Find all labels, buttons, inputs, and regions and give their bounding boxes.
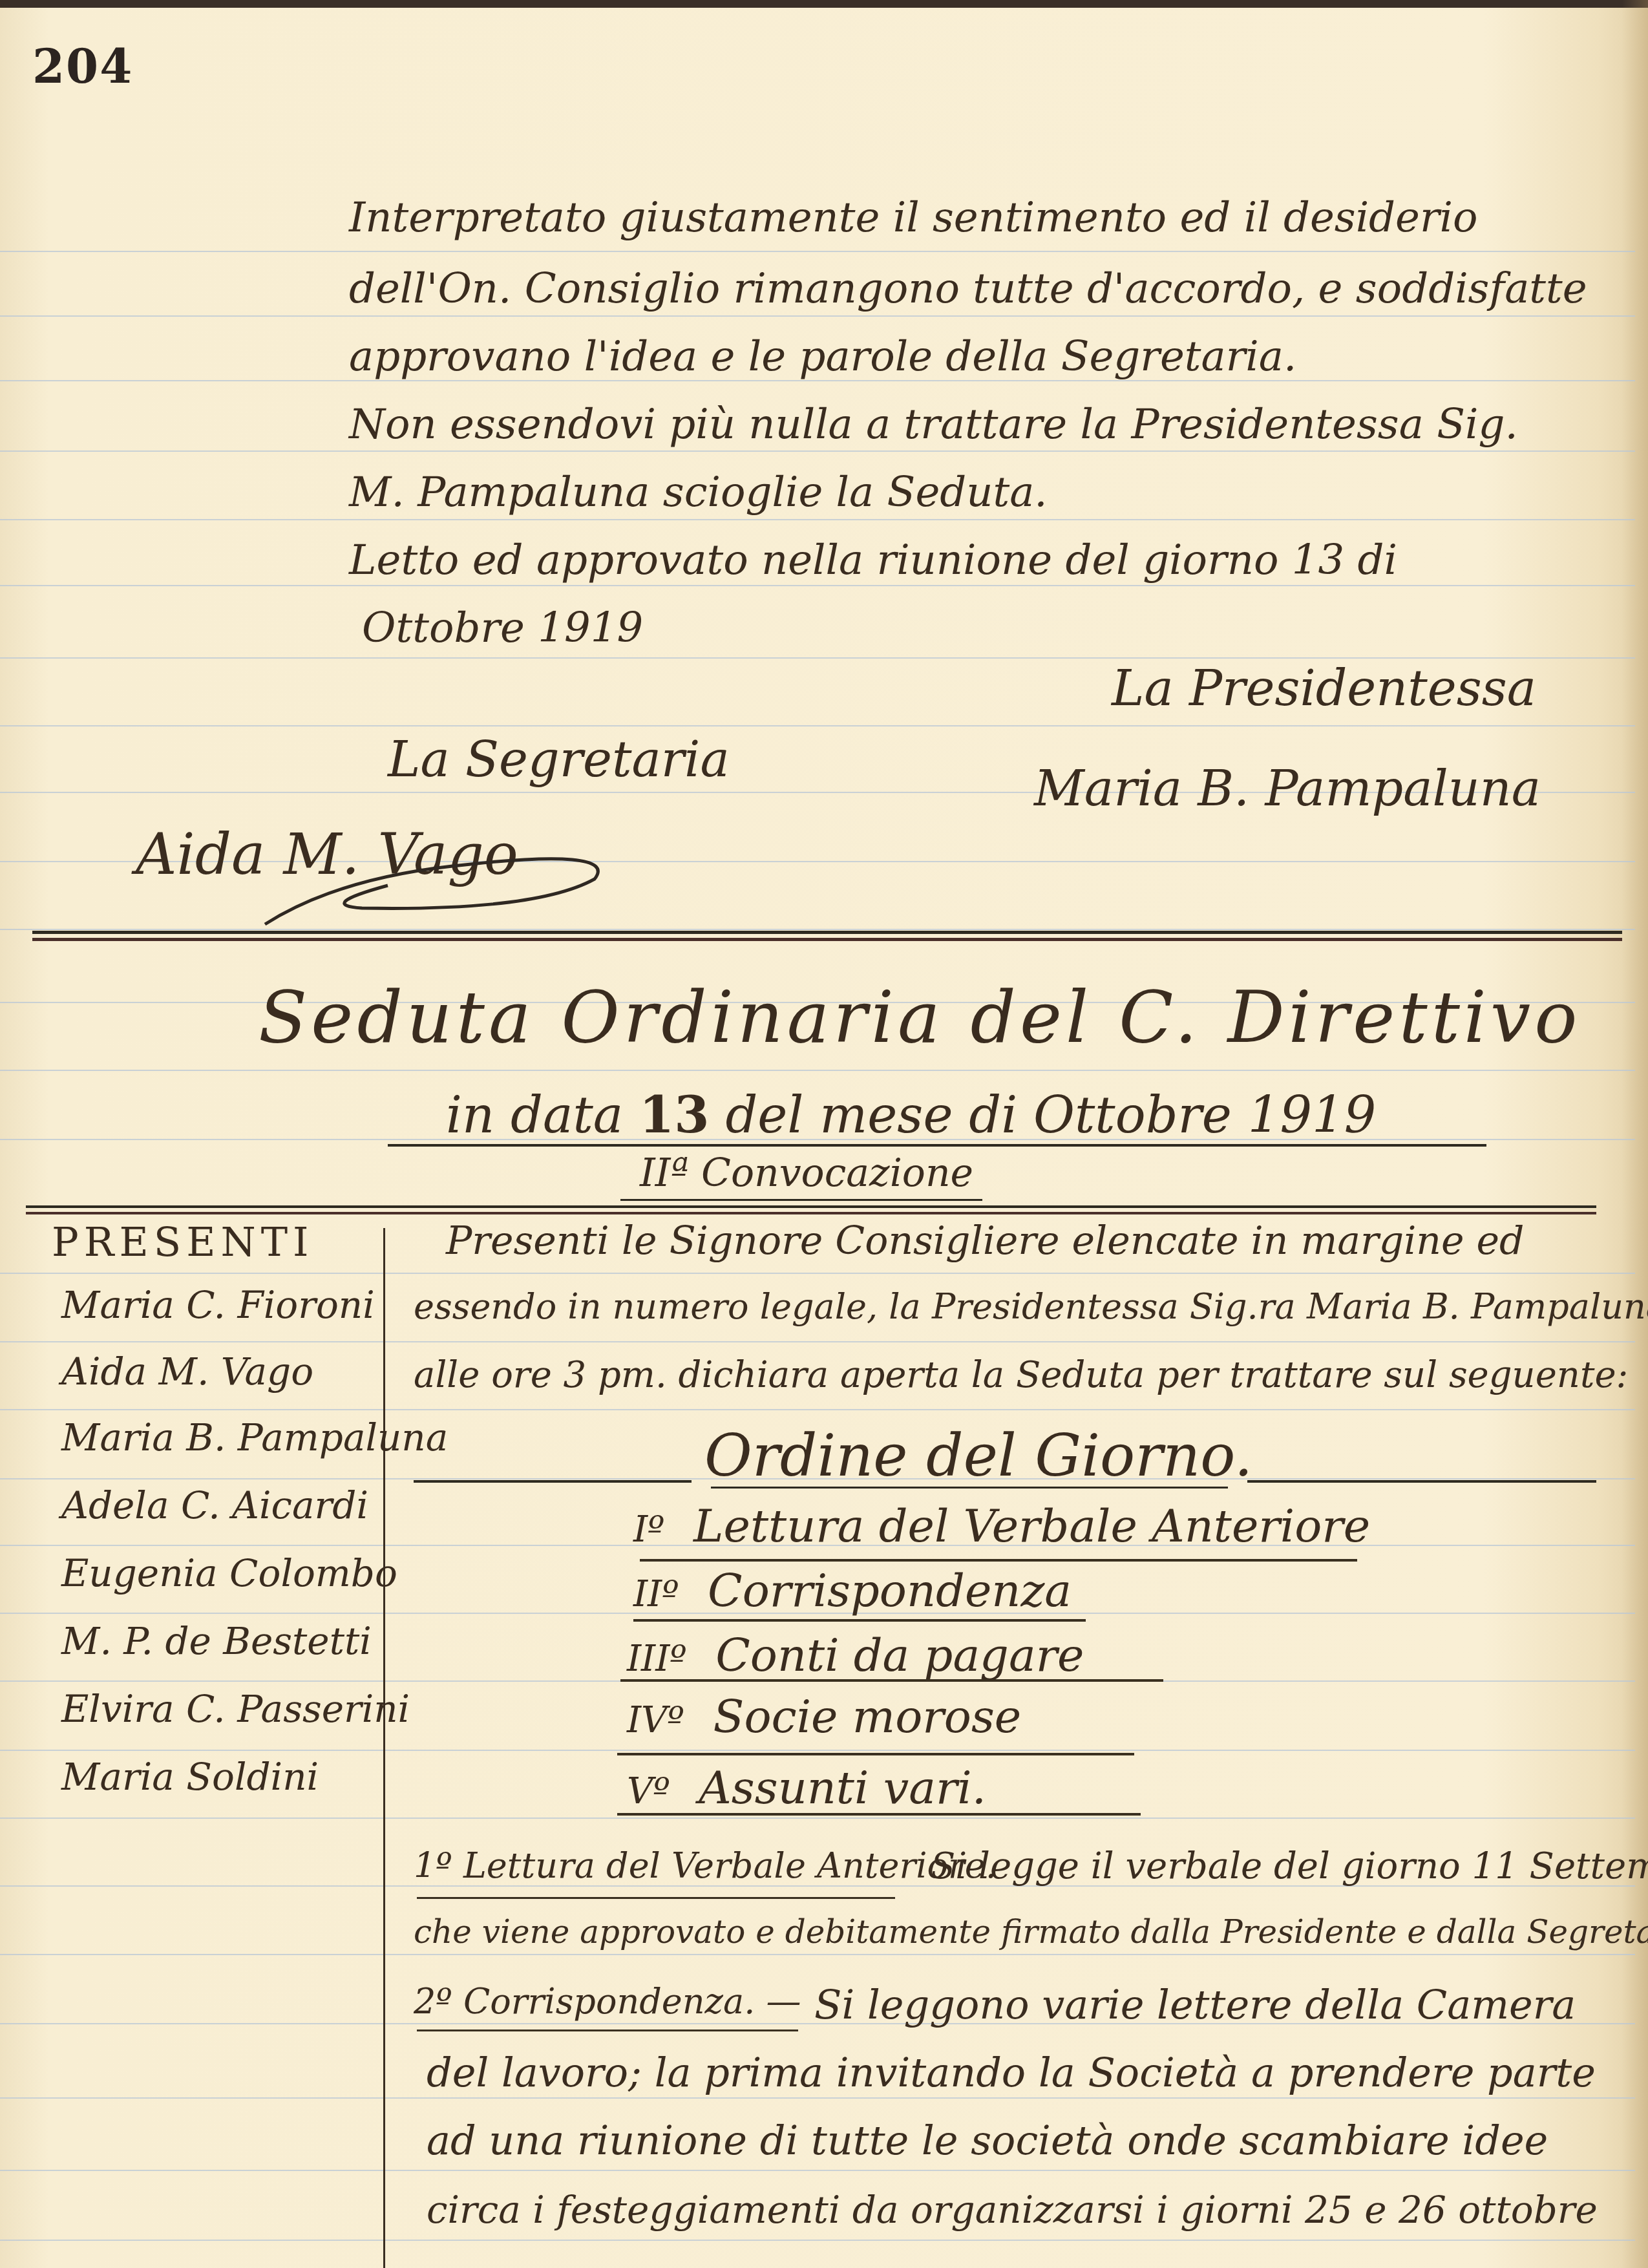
agenda-heading-underline [711, 1487, 1228, 1489]
item1-text: Si legge il verbale del giorno 11 Settem… [931, 1845, 1648, 1887]
opening-line: alle ore 3 pm. dichiara aperta la Seduta… [414, 1354, 1628, 1396]
meeting-date-line: in data 13 del mese di Ottobre 1919 [446, 1086, 1376, 1145]
item2-text: ad una riunione di tutte le società onde… [427, 2117, 1548, 2164]
president-label: La Presidentessa [1112, 659, 1536, 717]
signature-flourish [259, 840, 659, 931]
agenda-item: Vº Assunti vari. [627, 1761, 986, 1814]
item2-text: Si leggono varie lettere della Camera [814, 1981, 1576, 2028]
attendee: Eugenia Colombo [61, 1551, 397, 1595]
section-divider [32, 931, 1622, 941]
attendee: Maria B. Pampaluna [61, 1415, 448, 1459]
agenda-item: IIº Corrispondenza [633, 1564, 1072, 1617]
date-middle: del mese di [725, 1086, 1017, 1145]
opening-line: essendo in numero legale, la Presidentes… [414, 1286, 1648, 1327]
date-month: Ottobre [1033, 1086, 1232, 1145]
attendee: Maria Soldini [61, 1755, 319, 1799]
date-prefix: in data [446, 1086, 623, 1145]
approval-line: Letto ed approvato nella riunione del gi… [349, 536, 1397, 584]
agenda-item: IIIº Conti da pagare [627, 1629, 1084, 1682]
attendees-heading: PRESENTI [52, 1218, 313, 1266]
margin-column-line [383, 1228, 385, 2268]
attendee: Aida M. Vago [61, 1350, 313, 1394]
president-signature: Maria B. Pampaluna [1034, 759, 1541, 817]
minutes-line: Interpretato giustamente il sentimento e… [349, 194, 1478, 242]
item2-text: circa i festeggiamenti da organizzarsi i… [427, 2188, 1598, 2232]
item2-heading: 2º Corrispondenza. — [414, 1981, 801, 2022]
item2-text: del lavoro; la prima invitando la Societ… [427, 2049, 1596, 2096]
agenda-item: IVº Socie morose [627, 1690, 1021, 1743]
approval-date: Ottobre 1919 [362, 604, 643, 652]
opening-line: Presenti le Signore Consigliere elencate… [446, 1218, 1525, 1264]
attendee: Maria C. Fioroni [61, 1283, 375, 1327]
attendee: M. P. de Bestetti [61, 1619, 372, 1663]
agenda-rule-left [414, 1480, 692, 1483]
attendee: Adela C. Aicardi [61, 1483, 368, 1527]
page-number: 204 [32, 39, 133, 94]
attendance-divider [26, 1205, 1596, 1214]
secretary-label: La Segretaria [388, 730, 730, 788]
item1-heading: 1º Lettura del Verbale Anteriore. [414, 1845, 997, 1886]
ledger-page: 204 Interpretato giustamente il sentimen… [0, 0, 1648, 2268]
attendee: Elvira C. Passerini [61, 1687, 410, 1731]
agenda-heading: Ordine del Giorno. [704, 1422, 1252, 1490]
convocation-underline [620, 1199, 982, 1201]
minutes-line: M. Pampaluna scioglie la Seduta. [349, 469, 1048, 516]
minutes-line: dell'On. Consiglio rimangono tutte d'acc… [349, 265, 1587, 313]
date-year: 1919 [1248, 1086, 1377, 1145]
meeting-title: Seduta Ordinaria del C. Direttivo [259, 976, 1581, 1059]
minutes-line: Non essendovi più nulla a trattare la Pr… [349, 401, 1518, 449]
minutes-line: approvano l'idea e le parole della Segre… [349, 333, 1296, 381]
item1-text: che viene approvato e debitamente firmat… [414, 1913, 1648, 1951]
convocation-label: IIª Convocazione [640, 1150, 973, 1196]
agenda-item: Iº Lettura del Verbale Anteriore [633, 1500, 1370, 1553]
date-underline [388, 1144, 1486, 1147]
date-day: 13 [639, 1086, 710, 1145]
agenda-rule-right [1247, 1480, 1596, 1483]
